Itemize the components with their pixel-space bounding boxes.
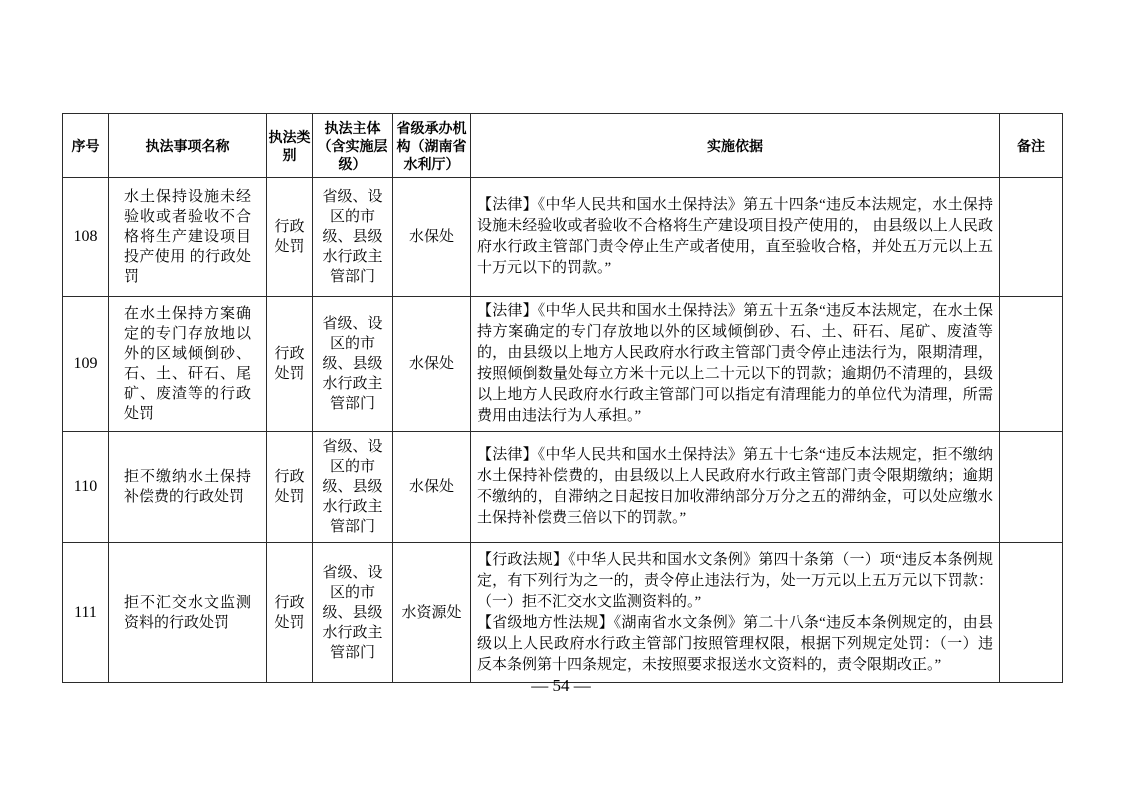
- cell-remark: [1000, 178, 1063, 297]
- cell-item-name: 水土保持设施未经验收或者验收不合格将生产建设项目投产使用 的行政处罚: [109, 178, 267, 297]
- cell-no: 111: [63, 543, 109, 683]
- cell-no: 108: [63, 178, 109, 297]
- col-header-item-name: 执法事项名称: [109, 114, 267, 178]
- cell-basis: 【行政法规】《中华人民共和国水文条例》第四十条第（一）项“违反本条例规定，有下列…: [471, 543, 1000, 683]
- cell-subject: 省级、设区的市级、县级水行政主管部门: [313, 297, 393, 432]
- table-row-110: 110 拒不缴纳水土保持补偿费的行政处罚 行政处罚 省级、设区的市级、县级水行政…: [63, 432, 1063, 543]
- cell-item-name: 拒不汇交水文监测资料的行政处罚: [109, 543, 267, 683]
- table-header-row: 序号 执法事项名称 执法类别 执法主体（含实施层级） 省级承办机构（湖南省水利厅…: [63, 114, 1063, 178]
- col-header-remark: 备注: [1000, 114, 1063, 178]
- cell-remark: [1000, 543, 1063, 683]
- table-row-108: 108 水土保持设施未经验收或者验收不合格将生产建设项目投产使用 的行政处罚 行…: [63, 178, 1063, 297]
- cell-item-name: 在水土保持方案确定的专门存放地以外的区域倾倒砂、石、土、矸石、尾矿、废渣等的行政…: [109, 297, 267, 432]
- cell-agency: 水保处: [393, 178, 471, 297]
- document-page: 序号 执法事项名称 执法类别 执法主体（含实施层级） 省级承办机构（湖南省水利厅…: [0, 0, 1122, 793]
- cell-remark: [1000, 297, 1063, 432]
- cell-agency: 水保处: [393, 297, 471, 432]
- cell-no: 109: [63, 297, 109, 432]
- cell-agency: 水保处: [393, 432, 471, 543]
- enforcement-items-table: 序号 执法事项名称 执法类别 执法主体（含实施层级） 省级承办机构（湖南省水利厅…: [62, 113, 1063, 683]
- cell-item-name: 拒不缴纳水土保持补偿费的行政处罚: [109, 432, 267, 543]
- cell-remark: [1000, 432, 1063, 543]
- cell-category: 行政处罚: [267, 297, 313, 432]
- table-row-109: 109 在水土保持方案确定的专门存放地以外的区域倾倒砂、石、土、矸石、尾矿、废渣…: [63, 297, 1063, 432]
- col-header-subject: 执法主体（含实施层级）: [313, 114, 393, 178]
- cell-category: 行政处罚: [267, 432, 313, 543]
- page-number: — 54 —: [0, 676, 1122, 696]
- cell-basis: 【法律】《中华人民共和国水土保持法》第五十七条“违反本法规定，拒不缴纳水土保持补…: [471, 432, 1000, 543]
- table-row-111: 111 拒不汇交水文监测资料的行政处罚 行政处罚 省级、设区的市级、县级水行政主…: [63, 543, 1063, 683]
- cell-subject: 省级、设区的市级、县级水行政主管部门: [313, 543, 393, 683]
- col-header-category: 执法类别: [267, 114, 313, 178]
- col-header-basis: 实施依据: [471, 114, 1000, 178]
- cell-no: 110: [63, 432, 109, 543]
- cell-category: 行政处罚: [267, 543, 313, 683]
- cell-basis: 【法律】《中华人民共和国水土保持法》第五十四条“违反本法规定，水土保持设施未经验…: [471, 178, 1000, 297]
- cell-agency: 水资源处: [393, 543, 471, 683]
- cell-subject: 省级、设区的市级、县级水行政主管部门: [313, 432, 393, 543]
- col-header-agency: 省级承办机构（湖南省水利厅）: [393, 114, 471, 178]
- col-header-no: 序号: [63, 114, 109, 178]
- cell-basis: 【法律】《中华人民共和国水土保持法》第五十五条“违反本法规定，在水土保持方案确定…: [471, 297, 1000, 432]
- cell-category: 行政处罚: [267, 178, 313, 297]
- cell-subject: 省级、设区的市级、县级水行政主管部门: [313, 178, 393, 297]
